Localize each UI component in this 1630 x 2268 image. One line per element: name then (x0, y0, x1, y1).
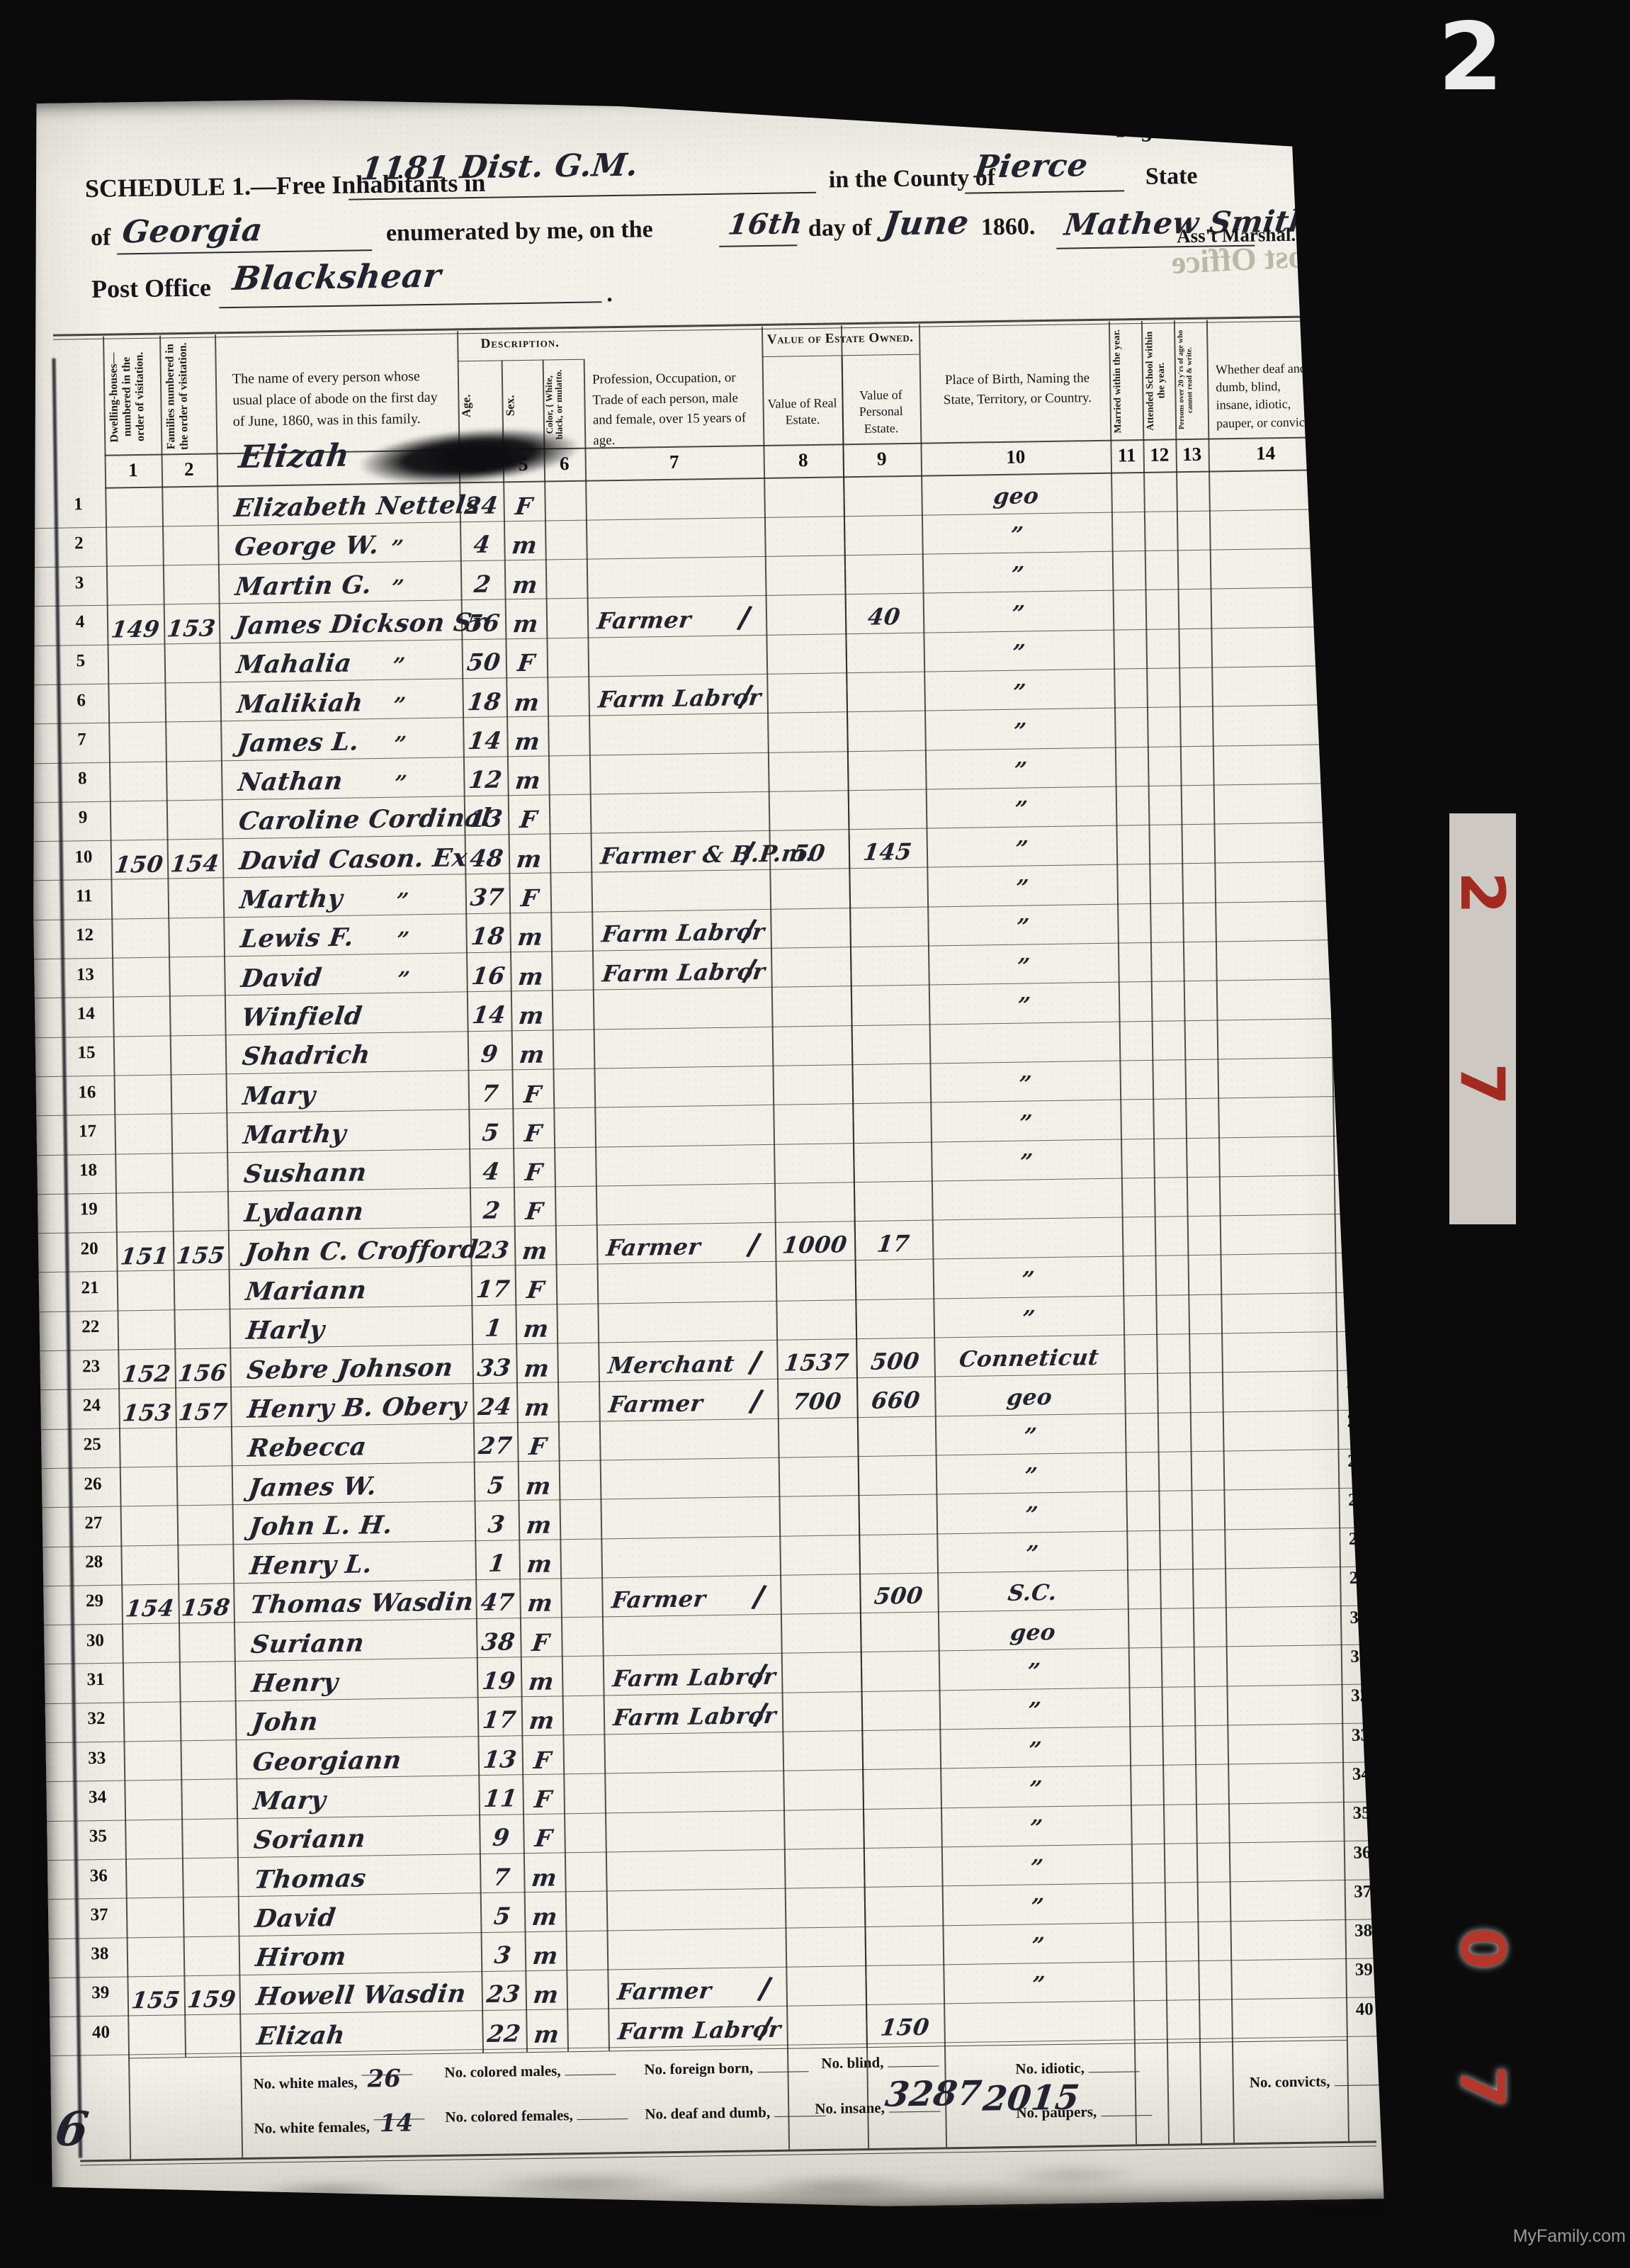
cell-birthplace: ” (1031, 1973, 1045, 1998)
cell-name: Mahalia (237, 649, 352, 679)
cell-dwelling-number: 154 (125, 1595, 174, 1623)
cell-age: 14 (472, 1000, 506, 1029)
column-number: 8 (798, 449, 808, 471)
row-number-left: 2 (74, 534, 84, 553)
footer-stat-blank (1334, 2075, 1385, 2086)
cell-sex: F (525, 1119, 543, 1146)
footer-stat-label: No. convicts, (1250, 2072, 1330, 2091)
footer-stat-blank: 26 (361, 2065, 412, 2076)
footer-stat: No. white females,14 (254, 2109, 425, 2138)
cell-name: David (241, 963, 322, 993)
film-strip-digit: 0 (1447, 1927, 1517, 1970)
cell-sex: F (527, 1276, 545, 1304)
row-number-left: 38 (91, 1944, 108, 1964)
header-married-col: Married within the year. (1111, 327, 1141, 436)
footer-stat-blank (757, 2061, 808, 2072)
cell-age: 7 (482, 1079, 499, 1107)
cell-sex: m (531, 1863, 557, 1892)
cell-age: 23 (475, 1236, 509, 1264)
footer-stat-label: No. deaf and dumb, (645, 2104, 770, 2123)
cell-name-ditto: ” (396, 888, 409, 913)
cell-occupation: Farmer (597, 606, 691, 634)
cell-birthplace: S.C. (1008, 1580, 1058, 1606)
cell-occupation: Merchant (608, 1350, 735, 1379)
row-number-left: 6 (77, 691, 86, 711)
cell-age: 27 (479, 1432, 513, 1460)
cell-name-ditto: ” (393, 732, 406, 757)
cell-sex: m (528, 1589, 553, 1618)
film-strip-digit: 7 (1447, 2065, 1517, 2108)
cell-birthplace: ” (1018, 1071, 1031, 1097)
cell-occupation: Farmer & B.P.m. (601, 840, 815, 869)
cell-sex: m (533, 1981, 559, 2009)
cell-age: 38 (482, 1627, 516, 1656)
cell-dwelling-number: 149 (111, 616, 160, 643)
header-real-estate-col: Value of Real Estate. (766, 395, 838, 429)
cell-age: 2 (483, 1197, 500, 1224)
row-number-left: 16 (78, 1083, 96, 1102)
header-families-col: Families numbered in the order of visita… (164, 342, 212, 450)
cell-name: David (255, 1903, 336, 1934)
cell-sex: m (519, 1041, 545, 1069)
cell-sex: m (522, 1236, 548, 1265)
cell-birthplace: geo (993, 483, 1038, 509)
census-paper-sheet: Page No. 20 Post Office SCHEDULE 1.—Free… (21, 84, 1398, 2218)
cell-age: 18 (468, 687, 502, 716)
footer-stat-blank (1101, 2105, 1152, 2116)
cell-name-ditto: ” (393, 693, 406, 718)
cell-sex: m (533, 1942, 558, 1970)
cell-birthplace: ” (1013, 718, 1026, 744)
cell-occupation: Farmer (606, 1233, 701, 1261)
cell-personal-estate: 150 (881, 2013, 929, 2041)
cell-occupation: Farmer (609, 1389, 703, 1418)
cell-birthplace: ” (1024, 1502, 1038, 1528)
cell-age: 18 (471, 923, 505, 951)
cell-age: 50 (467, 648, 501, 677)
cell-sex: m (512, 570, 538, 599)
cell-name: Winfield (242, 1001, 362, 1032)
row-number-left: 35 (89, 1827, 107, 1846)
total-personal-handwritten: 2015 (983, 2078, 1080, 2119)
cell-age: 56 (466, 609, 500, 637)
cell-age: 14 (468, 726, 502, 755)
cell-name-ditto: ” (392, 654, 405, 679)
cell-name: David Cason. Ex (239, 843, 468, 876)
footer-stat: No. white males,26 (253, 2065, 413, 2093)
total-real-handwritten: 3287 (885, 2074, 982, 2115)
header-whether-col: Whether deaf and dumb, blind, insane, id… (1216, 359, 1317, 432)
cell-age: 13 (469, 805, 503, 833)
row-number-left: 22 (81, 1317, 99, 1337)
cell-name: Lewis F. (240, 923, 353, 954)
header-cannot-read-col: Persons over 20 y'rs of age who cannot r… (1177, 325, 1206, 436)
cell-age: 11 (484, 1784, 518, 1812)
cell-birthplace: ” (1017, 993, 1031, 1018)
cell-sex: F (515, 492, 533, 520)
cell-birthplace: ” (1027, 1659, 1041, 1684)
row-number-left: 19 (80, 1200, 98, 1219)
row-number-left: 34 (89, 1788, 106, 1807)
row-number-right: 37 (1354, 1882, 1371, 1902)
cell-sex: m (515, 767, 540, 795)
cell-family-number: 156 (178, 1359, 227, 1387)
column-number: 11 (1118, 444, 1136, 466)
cell-sex: m (518, 923, 543, 952)
column-number: 1 (128, 459, 138, 481)
row-number-left: 15 (77, 1043, 95, 1063)
cell-sex: m (534, 2020, 560, 2048)
cell-age: 24 (478, 1392, 512, 1421)
cell-birthplace: ” (1015, 875, 1029, 901)
state-handwritten: Georgia (122, 212, 262, 250)
cell-birthplace: ” (1028, 1737, 1041, 1763)
cell-name: Henry (251, 1668, 339, 1698)
cell-real-estate: 1537 (784, 1348, 849, 1376)
cell-name: John (252, 1708, 318, 1737)
cell-sex: F (521, 884, 539, 912)
cell-name: Hirom (256, 1942, 346, 1973)
row-number-left: 9 (79, 808, 88, 828)
cell-sex: F (524, 1080, 542, 1107)
cell-dwelling-number: 151 (120, 1242, 169, 1270)
row-number-left: 21 (81, 1278, 98, 1298)
cell-name-ditto: ” (391, 575, 404, 600)
district-handwritten: 1181 Dist. G.M. (361, 147, 638, 188)
row-number-left: 39 (91, 1983, 109, 2003)
cell-birthplace: ” (1029, 1815, 1043, 1841)
row-number-left: 12 (76, 925, 94, 945)
row-number-right: 40 (1356, 1999, 1374, 2019)
cell-dwelling-number: 155 (131, 1987, 180, 2014)
row-number-left: 30 (86, 1631, 104, 1651)
cell-birthplace: ” (1016, 915, 1029, 940)
footer-stat-blank (888, 2056, 939, 2067)
cell-name: Nathan (238, 767, 343, 797)
cell-family-number: 158 (181, 1594, 230, 1622)
header-value-group: Value of Estate Owned. (762, 330, 919, 348)
cell-sex: m (526, 1472, 551, 1500)
cell-name: Caroline Cordinal (239, 803, 492, 836)
cell-birthplace: ” (1014, 836, 1028, 862)
cell-age: 5 (494, 1902, 511, 1929)
cell-name: Mary (253, 1785, 326, 1816)
cell-name: Mary (243, 1081, 316, 1111)
cell-birthplace: ” (1021, 1307, 1035, 1332)
cell-real-estate: 50 (793, 839, 825, 867)
row-number-right: 38 (1354, 1922, 1372, 1941)
row-number-left: 26 (84, 1474, 101, 1494)
footer-stat-label: No. foreign born, (644, 2059, 753, 2077)
cell-sex: F (525, 1158, 543, 1186)
cell-age: 33 (477, 1353, 511, 1382)
cell-age: 13 (483, 1745, 517, 1773)
cell-family-number: 154 (171, 850, 220, 877)
cell-sex: F (526, 1197, 543, 1225)
cell-sex: F (534, 1746, 552, 1773)
footer-stat-label: No. white males, (253, 2074, 357, 2092)
cell-birthplace: ” (1019, 1110, 1032, 1136)
cell-sex: m (523, 1315, 549, 1343)
cell-age: 2 (474, 570, 491, 597)
header-description-group: Description. (457, 335, 583, 353)
cell-family-number: 159 (187, 1986, 236, 2014)
cell-name: Shadrich (242, 1040, 370, 1071)
cell-name: Thomas Wasdin (250, 1588, 473, 1620)
footer-stat-label: No. white females, (254, 2118, 370, 2136)
cell-birthplace: ” (1014, 797, 1028, 823)
cell-age: 17 (482, 1706, 516, 1734)
cell-birthplace: ” (1031, 1894, 1044, 1919)
cell-real-estate: 1000 (782, 1231, 847, 1258)
cell-age: 37 (470, 883, 504, 911)
column-number: 9 (877, 448, 887, 470)
cell-sex: m (524, 1354, 550, 1382)
cell-age: 1 (485, 1314, 502, 1342)
cell-family-number: 155 (176, 1241, 225, 1269)
cell-name: Henry L. (250, 1550, 373, 1581)
footer-stat-blank: 14 (374, 2109, 425, 2120)
cell-sex: m (511, 531, 537, 560)
description-group-rule (458, 359, 584, 362)
cell-personal-estate: 17 (877, 1230, 910, 1258)
row-number-left: 4 (76, 612, 85, 632)
row-number-left: 3 (75, 573, 84, 593)
cell-dwelling-number: 150 (115, 850, 164, 878)
header-birth-col: Place of Birth, Naming the State, Territ… (934, 368, 1102, 410)
row-number-left: 17 (79, 1122, 96, 1141)
footer-stat-blank (565, 2064, 616, 2075)
myfamily-watermark: MyFamily.com (1484, 2226, 1626, 2247)
cell-birthplace: ” (1024, 1424, 1037, 1450)
column-number: 7 (669, 451, 679, 473)
post-office-label: Post Office (91, 272, 212, 304)
cell-birthplace: ” (1014, 758, 1027, 784)
cell-age: 12 (469, 766, 503, 794)
cell-sex: m (532, 1902, 558, 1931)
row-number-left: 7 (77, 730, 86, 750)
cell-sex: m (513, 610, 538, 638)
cell-sex: F (518, 649, 536, 677)
cell-name-ditto: ” (394, 772, 407, 796)
cell-age: 9 (481, 1040, 498, 1068)
cell-personal-estate: 40 (868, 603, 900, 631)
cell-birthplace: ” (1030, 1855, 1043, 1880)
cell-sex: m (526, 1511, 552, 1539)
column-number: 13 (1182, 444, 1201, 466)
cell-sex: m (516, 845, 542, 873)
day-handwritten: 16th (728, 207, 803, 242)
county-handwritten: Pierce (975, 147, 1088, 185)
year-label: 1860. (981, 213, 1036, 241)
footer-stat-blank (1089, 2061, 1140, 2072)
cell-birthplace: geo (1010, 1620, 1055, 1646)
cell-age: 3 (494, 1941, 511, 1969)
cell-birthplace: ” (1028, 1698, 1041, 1724)
cell-age: 4 (473, 531, 490, 558)
row-number-left: 23 (82, 1357, 100, 1377)
column-number: 12 (1150, 444, 1169, 466)
cell-birthplace: ” (1019, 1150, 1033, 1175)
footer-stat: No. blind, (821, 2053, 939, 2072)
column-number: 14 (1256, 442, 1275, 464)
cell-sex: m (527, 1550, 553, 1579)
cell-name: Martin G. (235, 570, 372, 602)
cell-name: James L. (237, 727, 359, 758)
row-number-left: 24 (83, 1396, 101, 1416)
cell-name: Howell Wasdin (256, 1980, 467, 2012)
row-number-left: 11 (76, 886, 93, 906)
county-of-label: in the County of (829, 164, 996, 193)
footer-stat-label: No. colored males, (444, 2062, 560, 2080)
cell-name: Elizah (256, 2021, 345, 2051)
row-number-right: 39 (1355, 1960, 1373, 1980)
cell-age: 1 (489, 1550, 506, 1577)
footer-stat-label: No. blind, (821, 2054, 883, 2072)
row-number-left: 32 (87, 1709, 105, 1729)
cell-sex: m (528, 1668, 554, 1696)
cell-name: John C. Crofford (245, 1235, 478, 1268)
cell-name: Rebecca (248, 1433, 366, 1463)
month-handwritten: June (883, 203, 969, 243)
row-number-left: 33 (88, 1749, 106, 1768)
cell-birthplace: ” (1012, 679, 1026, 705)
cell-sex: F (532, 1628, 550, 1656)
cell-sex: F (534, 1785, 552, 1812)
footer-stat-value: 26 (367, 2065, 401, 2094)
cell-sex: F (520, 806, 538, 833)
cell-age: 48 (470, 844, 504, 872)
footer-stat: No. deaf and dumb, (645, 2103, 825, 2123)
footer-stat: No. foreign born, (644, 2058, 808, 2078)
post-office-handwritten: Blackshear (232, 256, 441, 298)
cell-name: Harly (247, 1316, 325, 1346)
row-number-left: 10 (74, 847, 92, 867)
cell-personal-estate: 500 (874, 1582, 923, 1610)
film-strip-digit: 7 (1447, 1063, 1517, 1105)
cell-dwelling-number: 152 (122, 1360, 171, 1387)
footer-stat-label: No. colored females, (445, 2106, 573, 2126)
cell-age: 47 (481, 1589, 515, 1617)
cell-birthplace: ” (1024, 1463, 1038, 1489)
scanned-census-page: Page No. 20 Post Office SCHEDULE 1.—Free… (0, 0, 1630, 2268)
header-personal-estate-col: Value of Personal Estate. (846, 387, 916, 438)
row-number-left: 25 (84, 1435, 101, 1455)
row-number-left: 29 (86, 1591, 103, 1611)
cell-name: Sushann (244, 1158, 367, 1189)
cell-sex: m (525, 1393, 550, 1421)
film-strip-digit: 2 (1447, 871, 1517, 914)
row-number-left: 14 (77, 1004, 95, 1024)
footer-stat-value: 14 (380, 2109, 414, 2138)
footer-stat: No. idiotic, (1015, 2058, 1140, 2078)
cell-family-number: 153 (167, 614, 216, 642)
footer-stat: No. convicts, (1250, 2072, 1386, 2092)
footer-stat-label: No. insane, (815, 2099, 885, 2117)
cell-name: George W. (234, 531, 379, 562)
cell-personal-estate: 660 (871, 1387, 920, 1414)
cell-name: Lydaann (244, 1197, 364, 1228)
cell-birthplace: ” (1025, 1541, 1038, 1567)
cell-birthplace: ” (1012, 641, 1025, 666)
row-number-left: 40 (92, 2023, 110, 2043)
cell-dwelling-number: 153 (123, 1399, 171, 1426)
cell-name: Sebre Johnson (247, 1353, 453, 1384)
cell-birthplace: ” (1017, 954, 1030, 979)
header-name-col: The name of every person whose usual pla… (232, 365, 451, 432)
cell-birthplace: Conneticut (959, 1345, 1099, 1372)
cell-name: Marthy (243, 1119, 346, 1150)
cell-real-estate: 700 (793, 1387, 842, 1415)
cell-sex: m (519, 962, 544, 991)
header-school-col: Attended School within the year. (1144, 326, 1174, 436)
row-number-left: 8 (78, 769, 87, 789)
footer-stat: No. colored males, (444, 2061, 616, 2082)
cell-name: Henry B. Obery (247, 1392, 466, 1424)
cell-name: John L. H. (249, 1511, 393, 1542)
cell-age: 24 (465, 492, 499, 520)
cell-name: Soriann (254, 1824, 366, 1855)
cell-name: Suriann (251, 1628, 364, 1659)
cell-name-ditto: ” (397, 967, 409, 992)
day-of-label: day of (808, 215, 872, 242)
cell-personal-estate: 145 (864, 838, 912, 866)
cell-birthplace: ” (1011, 562, 1024, 587)
cell-birthplace: ” (1010, 523, 1024, 548)
cell-birthplace: geo (1007, 1384, 1052, 1411)
cell-age: 17 (476, 1275, 510, 1303)
cell-occupation: Farmer (618, 1978, 712, 2006)
cell-age: 9 (493, 1824, 510, 1851)
row-number-left: 13 (77, 965, 94, 985)
cell-sex: m (519, 1002, 544, 1030)
footer-stat: No. colored females, (445, 2106, 628, 2126)
ink-scribble-name: Elizah (239, 438, 349, 475)
margin-flourish: 6 (55, 2101, 89, 2157)
cell-age: 5 (482, 1118, 499, 1146)
cell-name: Malikiah (237, 688, 363, 719)
cell-name: James Dickson Sr (236, 608, 486, 641)
row-number-left: 5 (76, 651, 85, 671)
row-number-left: 28 (85, 1552, 103, 1572)
cell-name: Thomas (254, 1863, 366, 1894)
cell-age: 4 (483, 1158, 500, 1185)
cell-name: Mariann (246, 1275, 367, 1307)
cell-sex: F (535, 1824, 553, 1852)
cell-birthplace: ” (1029, 1776, 1042, 1802)
column-number: 2 (184, 458, 194, 480)
footer-stat-label: No. idiotic, (1015, 2059, 1085, 2077)
cell-name: Elizabeth Nettels (234, 490, 480, 523)
cell-sex: m (515, 727, 540, 755)
footer-stat-blank (577, 2109, 628, 2120)
cell-sex: F (529, 1433, 547, 1460)
column-number: 10 (1006, 446, 1025, 468)
cell-name: James W. (249, 1472, 377, 1503)
cell-age: 5 (487, 1471, 504, 1499)
cell-age: 7 (493, 1863, 510, 1890)
post-office-period: . (606, 281, 613, 308)
cell-birthplace: ” (1031, 1933, 1044, 1958)
cell-age: 22 (487, 2019, 521, 2048)
margin-white-numeral: 2 (1438, 3, 1503, 112)
state-label: State (1145, 163, 1198, 191)
row-number-left: 20 (80, 1239, 98, 1259)
cell-birthplace: ” (1021, 1267, 1035, 1292)
cell-age: 16 (472, 961, 506, 990)
cell-birthplace: ” (1012, 601, 1025, 626)
row-number-left: 31 (86, 1670, 104, 1690)
